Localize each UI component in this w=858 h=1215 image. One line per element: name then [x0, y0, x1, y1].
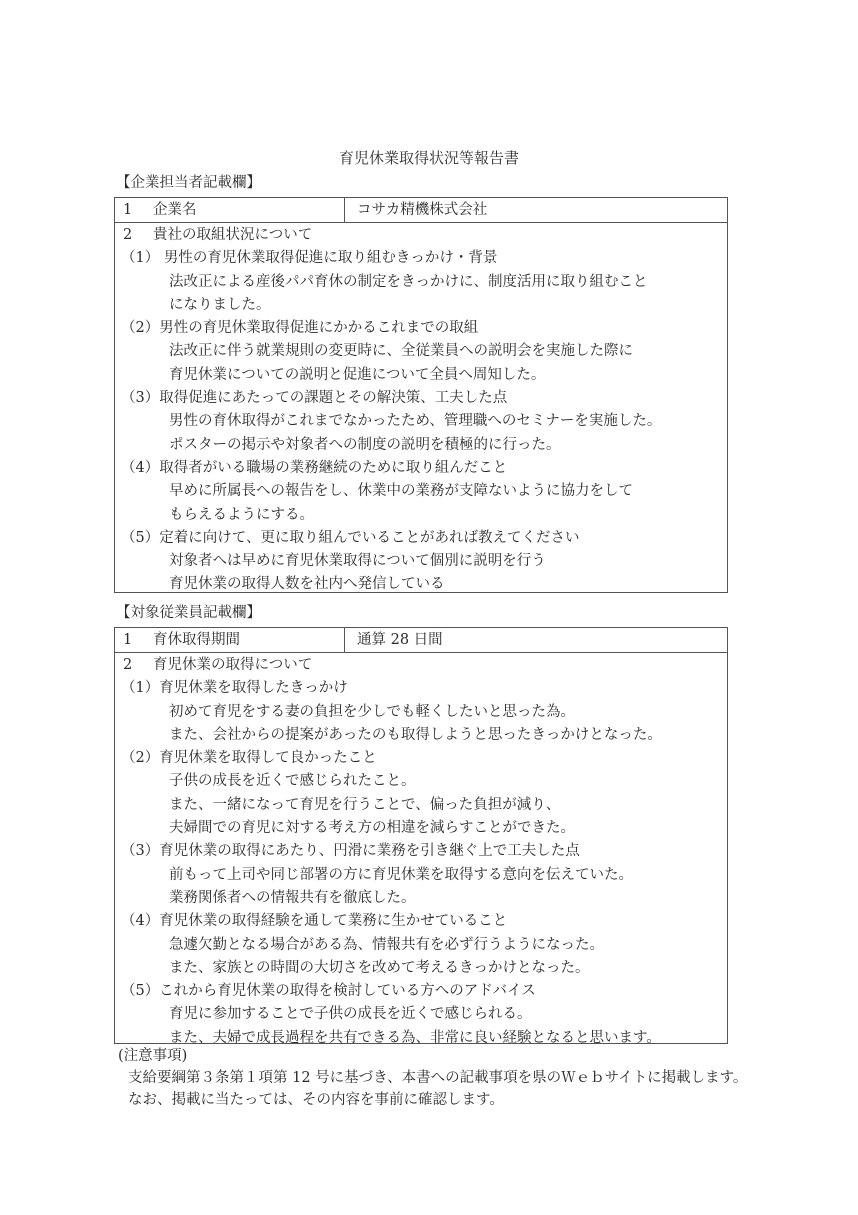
- question-4: （4）取得者がいる職場の業務継続のために取り組んだこと: [115, 457, 727, 480]
- question-number: （5）: [121, 530, 159, 546]
- company-section-label: 【企業担当者記載欄】: [116, 172, 261, 194]
- question-text: 男性の育児休業取得促進に取り組むきっかけ・背景: [159, 250, 497, 266]
- question-number: （1）: [121, 680, 159, 696]
- answer-line: 育児休業の取得人数を社内へ発信している: [115, 573, 727, 596]
- efforts-heading: 2貴社の取組状況について: [115, 224, 727, 247]
- answer-line: 急遽欠勤となる場合がある為、情報共有を必ず行うようになった。: [115, 934, 727, 957]
- company-table: 1企業名 コサカ精機株式会社 2貴社の取組状況について （1） 男性の育児休業取…: [114, 197, 728, 593]
- answer-line: 業務関係者への情報共有を徹底した。: [115, 887, 727, 910]
- answer-line: 早めに所属長への報告をし、休業中の業務が支障ないように協力をして: [115, 480, 727, 503]
- question-text: 取得促進にあたっての課題とその解決策、工夫した点: [159, 390, 507, 406]
- question-number: （4）: [121, 913, 159, 929]
- question-number: （1）: [121, 250, 159, 266]
- question-text: 育児休業を取得したきっかけ: [159, 680, 348, 696]
- answer-line: になりました。: [115, 294, 727, 317]
- question-text: 育児休業の取得にあたり、円滑に業務を引き継ぐ上で工夫した点: [159, 843, 580, 859]
- question-text: 定着に向けて、更に取り組んでいることがあれば教えてください: [159, 530, 579, 546]
- answer-line: 育児休業についての説明と促進について全員へ周知した。: [115, 364, 727, 387]
- answer-line: 法改正に伴う就業規則の変更時に、全従業員への説明会を実施した際に: [115, 340, 727, 363]
- question-2: （2）男性の育児休業取得促進にかかるこれまでの取組: [115, 317, 727, 340]
- company-name-label-cell: 1企業名: [115, 198, 345, 222]
- document-title: 育児休業取得状況等報告書: [0, 147, 858, 169]
- answer-line: また、一緒になって育児を行うことで、偏った負担が減り、: [115, 794, 727, 817]
- question-1: （1）育児休業を取得したきっかけ: [115, 677, 727, 700]
- question-4: （4）育児休業の取得経験を通して業務に生かせていること: [115, 910, 727, 933]
- row-number: 2: [123, 654, 153, 677]
- answer-line: 育児に参加することで子供の成長を近くで感じられる。: [115, 1003, 727, 1026]
- notes-section: (注意事項) 支給要綱第３条第１項第 12 号に基づき、本書への記載事項を県のＷ…: [118, 1045, 747, 1111]
- leave-period-row: 1育休取得期間 通算 28 日間: [115, 628, 727, 653]
- question-3: （3）取得促進にあたっての課題とその解決策、工夫した点: [115, 387, 727, 410]
- leave-period-label: 育休取得期間: [153, 632, 240, 648]
- question-text: 育児休業の取得経験を通して業務に生かせていること: [159, 913, 507, 929]
- question-number: （2）: [121, 750, 159, 766]
- answer-line: 法改正による産後パパ育休の制定をきっかけに、制度活用に取り組むこと: [115, 271, 727, 294]
- leave-period-label-cell: 1育休取得期間: [115, 628, 345, 652]
- question-3: （3）育児休業の取得にあたり、円滑に業務を引き継ぐ上で工夫した点: [115, 840, 727, 863]
- employee-table: 1育休取得期間 通算 28 日間 2育児休業の取得について （1）育児休業を取得…: [114, 627, 728, 1044]
- company-name-value: コサカ精機株式会社: [345, 198, 727, 222]
- question-text: 育児休業を取得して良かったこと: [159, 750, 377, 766]
- row-number: 1: [123, 628, 153, 652]
- notes-line: 支給要綱第３条第１項第 12 号に基づき、本書への記載事項を県のＷｅｂサイトに掲…: [118, 1067, 747, 1089]
- question-number: （2）: [121, 320, 159, 336]
- leave-heading: 2育児休業の取得について: [115, 654, 727, 677]
- leave-heading-label: 育児休業の取得について: [153, 657, 312, 673]
- answer-line: 初めて育児をする妻の負担を少しでも軽くしたいと思った為。: [115, 701, 727, 724]
- answer-line: 子供の成長を近くで感じられたこと。: [115, 770, 727, 793]
- answer-line: もらえるようにする。: [115, 504, 727, 527]
- answer-line: 対象者へは早めに育児休業取得について個別に説明を行う: [115, 550, 727, 573]
- question-text: これから育児休業の取得を検討している方へのアドバイス: [159, 983, 536, 999]
- question-number: （3）: [121, 843, 159, 859]
- question-text: 男性の育児休業取得促進にかかるこれまでの取組: [159, 320, 478, 336]
- notes-heading: (注意事項): [118, 1045, 747, 1067]
- question-number: （5）: [121, 983, 159, 999]
- row-number: 2: [123, 224, 153, 247]
- employee-section-label: 【対象従業員記載欄】: [116, 602, 261, 624]
- answer-line: また、会社からの提案があったのも取得しようと思ったきっかけとなった。: [115, 724, 727, 747]
- question-number: （4）: [121, 460, 159, 476]
- answer-line: ポスターの掲示や対象者への制度の説明を積極的に行った。: [115, 434, 727, 457]
- leave-period-value: 通算 28 日間: [345, 628, 727, 652]
- question-5: （5）定着に向けて、更に取り組んでいることがあれば教えてください: [115, 527, 727, 550]
- company-name-label: 企業名: [153, 202, 197, 218]
- company-efforts-cell: 2貴社の取組状況について （1） 男性の育児休業取得促進に取り組むきっかけ・背景…: [115, 223, 727, 597]
- answer-line: また、家族との時間の大切さを改めて考えるきっかけとなった。: [115, 957, 727, 980]
- answer-line: 前もって上司や同じ部署の方に育児休業を取得する意向を伝えていた。: [115, 864, 727, 887]
- company-name-row: 1企業名 コサカ精機株式会社: [115, 198, 727, 223]
- answer-line: 男性の育休取得がこれまでなかったため、管理職へのセミナーを実施した。: [115, 410, 727, 433]
- notes-line: なお、掲載に当たっては、その内容を事前に確認します。: [118, 1089, 747, 1111]
- question-1: （1） 男性の育児休業取得促進に取り組むきっかけ・背景: [115, 247, 727, 270]
- question-number: （3）: [121, 390, 159, 406]
- efforts-heading-label: 貴社の取組状況について: [153, 227, 312, 243]
- question-text: 取得者がいる職場の業務継続のために取り組んだこと: [159, 460, 507, 476]
- question-5: （5）これから育児休業の取得を検討している方へのアドバイス: [115, 980, 727, 1003]
- question-2: （2）育児休業を取得して良かったこと: [115, 747, 727, 770]
- answer-line: 夫婦間での育児に対する考え方の相違を減らすことができた。: [115, 817, 727, 840]
- row-number: 1: [123, 198, 153, 222]
- leave-details-cell: 2育児休業の取得について （1）育児休業を取得したきっかけ 初めて育児をする妻の…: [115, 653, 727, 1050]
